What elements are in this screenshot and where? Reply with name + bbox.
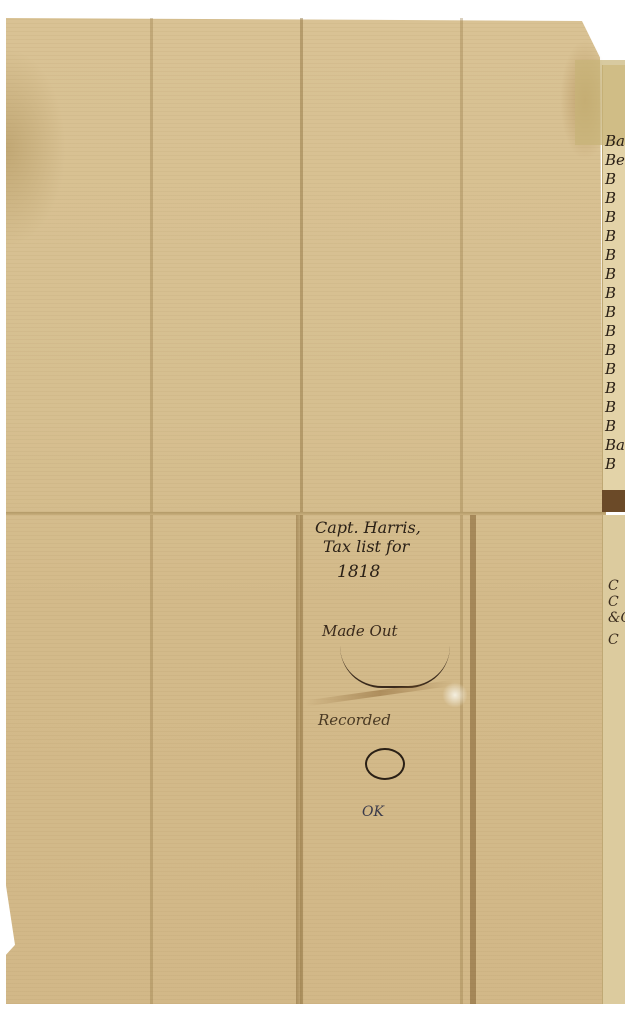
- fragment: C: [608, 578, 625, 594]
- column-entry: B: [605, 303, 625, 322]
- column-entry: B: [605, 341, 625, 360]
- docket-line-tax-list: Tax list for: [323, 537, 421, 556]
- water-stain: [6, 48, 66, 248]
- fragment: C: [608, 594, 625, 610]
- column-entry: Ba: [605, 132, 625, 151]
- column-entry: B: [605, 284, 625, 303]
- column-entry: Be: [605, 151, 625, 170]
- vertical-fold-line: [150, 18, 153, 1004]
- signature-flourish: [365, 748, 405, 780]
- paper-tear: [440, 680, 470, 710]
- column-entry: B: [605, 227, 625, 246]
- adjacent-sheet-lower-fragments: C C &C C: [608, 578, 625, 648]
- vertical-fold-line: [460, 18, 463, 1004]
- column-entry: B: [605, 189, 625, 208]
- docket-title: Capt. Harris, Tax list for 1818: [315, 518, 421, 582]
- column-entry: B: [605, 265, 625, 284]
- document-sheet: [6, 18, 606, 1004]
- horizontal-fold-line: [6, 512, 606, 515]
- docket-line-captain: Capt. Harris,: [315, 518, 421, 537]
- adjacent-sheet-edge: [602, 490, 625, 512]
- column-entry: B: [605, 455, 625, 474]
- column-entry: B: [605, 208, 625, 227]
- column-entry: B: [605, 417, 625, 436]
- adjacent-sheet-name-column: Ba Be B B B B B B B B B B B B B B Ba B: [605, 132, 625, 474]
- column-entry: B: [605, 360, 625, 379]
- fold-shadow: [296, 515, 304, 1004]
- endorsement-recorded: Recorded: [318, 711, 391, 729]
- column-entry: B: [605, 246, 625, 265]
- column-entry: B: [605, 170, 625, 189]
- endorsement-made-out: Made Out: [322, 622, 398, 640]
- column-entry: B: [605, 322, 625, 341]
- ok-mark: OK: [362, 804, 384, 820]
- column-entry: B: [605, 398, 625, 417]
- vertical-fold-line: [470, 515, 476, 1004]
- column-entry: B: [605, 379, 625, 398]
- fragment: C: [608, 632, 625, 648]
- column-entry: Ba: [605, 436, 625, 455]
- fragment: &C: [608, 610, 625, 626]
- docket-line-year: 1818: [337, 562, 421, 582]
